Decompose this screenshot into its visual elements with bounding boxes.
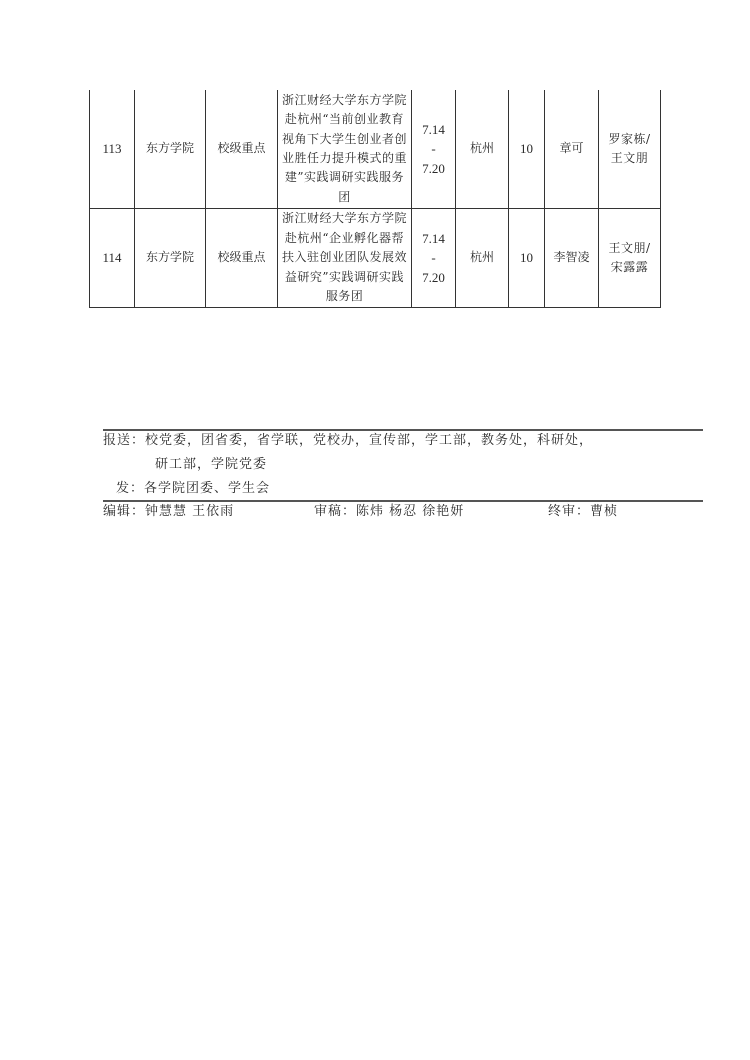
cell-level: 校级重点 xyxy=(206,90,278,209)
table-row: 113 东方学院 校级重点 浙江财经大学东方学院赴杭州“当前创业教育视角下大学生… xyxy=(90,90,661,209)
cell-place: 杭州 xyxy=(456,209,509,308)
advisor-line-2: 王文朋 xyxy=(601,149,658,168)
cell-advisors: 罗家栋/ 王文朋 xyxy=(599,90,661,209)
cell-number: 114 xyxy=(90,209,135,308)
date-start: 7.14 xyxy=(414,120,453,139)
report-to-line-2: 研工部，学院党委 xyxy=(155,455,267,475)
date-end: 7.20 xyxy=(414,159,453,178)
final-review-name: 曹桢 xyxy=(590,504,618,519)
editor-line: 编辑：钟慧慧 王依雨 xyxy=(103,502,234,522)
advisor-line-1: 王文朋/ xyxy=(601,239,658,258)
cell-level: 校级重点 xyxy=(206,209,278,308)
editor-names: 钟慧慧 王依雨 xyxy=(145,504,234,519)
cell-number: 113 xyxy=(90,90,135,209)
send-to-line: 发：各学院团委、学生会 xyxy=(116,479,270,499)
project-table: 113 东方学院 校级重点 浙江财经大学东方学院赴杭州“当前创业教育视角下大学生… xyxy=(89,90,661,308)
final-review-label: 终审： xyxy=(548,504,590,519)
cell-college: 东方学院 xyxy=(135,209,206,308)
date-end: 7.20 xyxy=(414,268,453,287)
report-recipients: 校党委，团省委，省学联，党校办，宣传部，学工部，教务处，科研处， xyxy=(145,433,593,448)
cell-leader: 李智凌 xyxy=(545,209,599,308)
editor-label: 编辑： xyxy=(103,504,145,519)
final-review-line: 终审：曹桢 xyxy=(548,502,618,522)
cell-date: 7.14 - 7.20 xyxy=(412,209,456,308)
cell-advisors: 王文朋/ 宋露露 xyxy=(599,209,661,308)
table-row: 114 东方学院 校级重点 浙江财经大学东方学院赴杭州“企业孵化器帮扶入驻创业团… xyxy=(90,209,661,308)
advisor-line-2: 宋露露 xyxy=(601,258,658,277)
reviewer-label: 审稿： xyxy=(314,504,356,519)
report-to-line-1: 报送：校党委，团省委，省学联，党校办，宣传部，学工部，教务处，科研处， xyxy=(103,431,593,451)
cell-count: 10 xyxy=(509,90,545,209)
date-separator: - xyxy=(414,248,453,267)
date-start: 7.14 xyxy=(414,229,453,248)
cell-college: 东方学院 xyxy=(135,90,206,209)
reviewer-names: 陈炜 杨忍 徐艳妍 xyxy=(356,504,464,519)
date-separator: - xyxy=(414,139,453,158)
send-recipients: 各学院团委、学生会 xyxy=(144,481,270,496)
cell-place: 杭州 xyxy=(456,90,509,209)
reviewer-line: 审稿：陈炜 杨忍 徐艳妍 xyxy=(314,502,464,522)
send-label: 发： xyxy=(116,481,144,496)
cell-project-title: 浙江财经大学东方学院赴杭州“企业孵化器帮扶入驻创业团队发展效益研究”实践调研实践… xyxy=(278,209,412,308)
cell-project-title: 浙江财经大学东方学院赴杭州“当前创业教育视角下大学生创业者创业胜任力提升模式的重… xyxy=(278,90,412,209)
cell-count: 10 xyxy=(509,209,545,308)
report-label: 报送： xyxy=(103,433,145,448)
cell-date: 7.14 - 7.20 xyxy=(412,90,456,209)
advisor-line-1: 罗家栋/ xyxy=(601,130,658,149)
cell-leader: 章可 xyxy=(545,90,599,209)
